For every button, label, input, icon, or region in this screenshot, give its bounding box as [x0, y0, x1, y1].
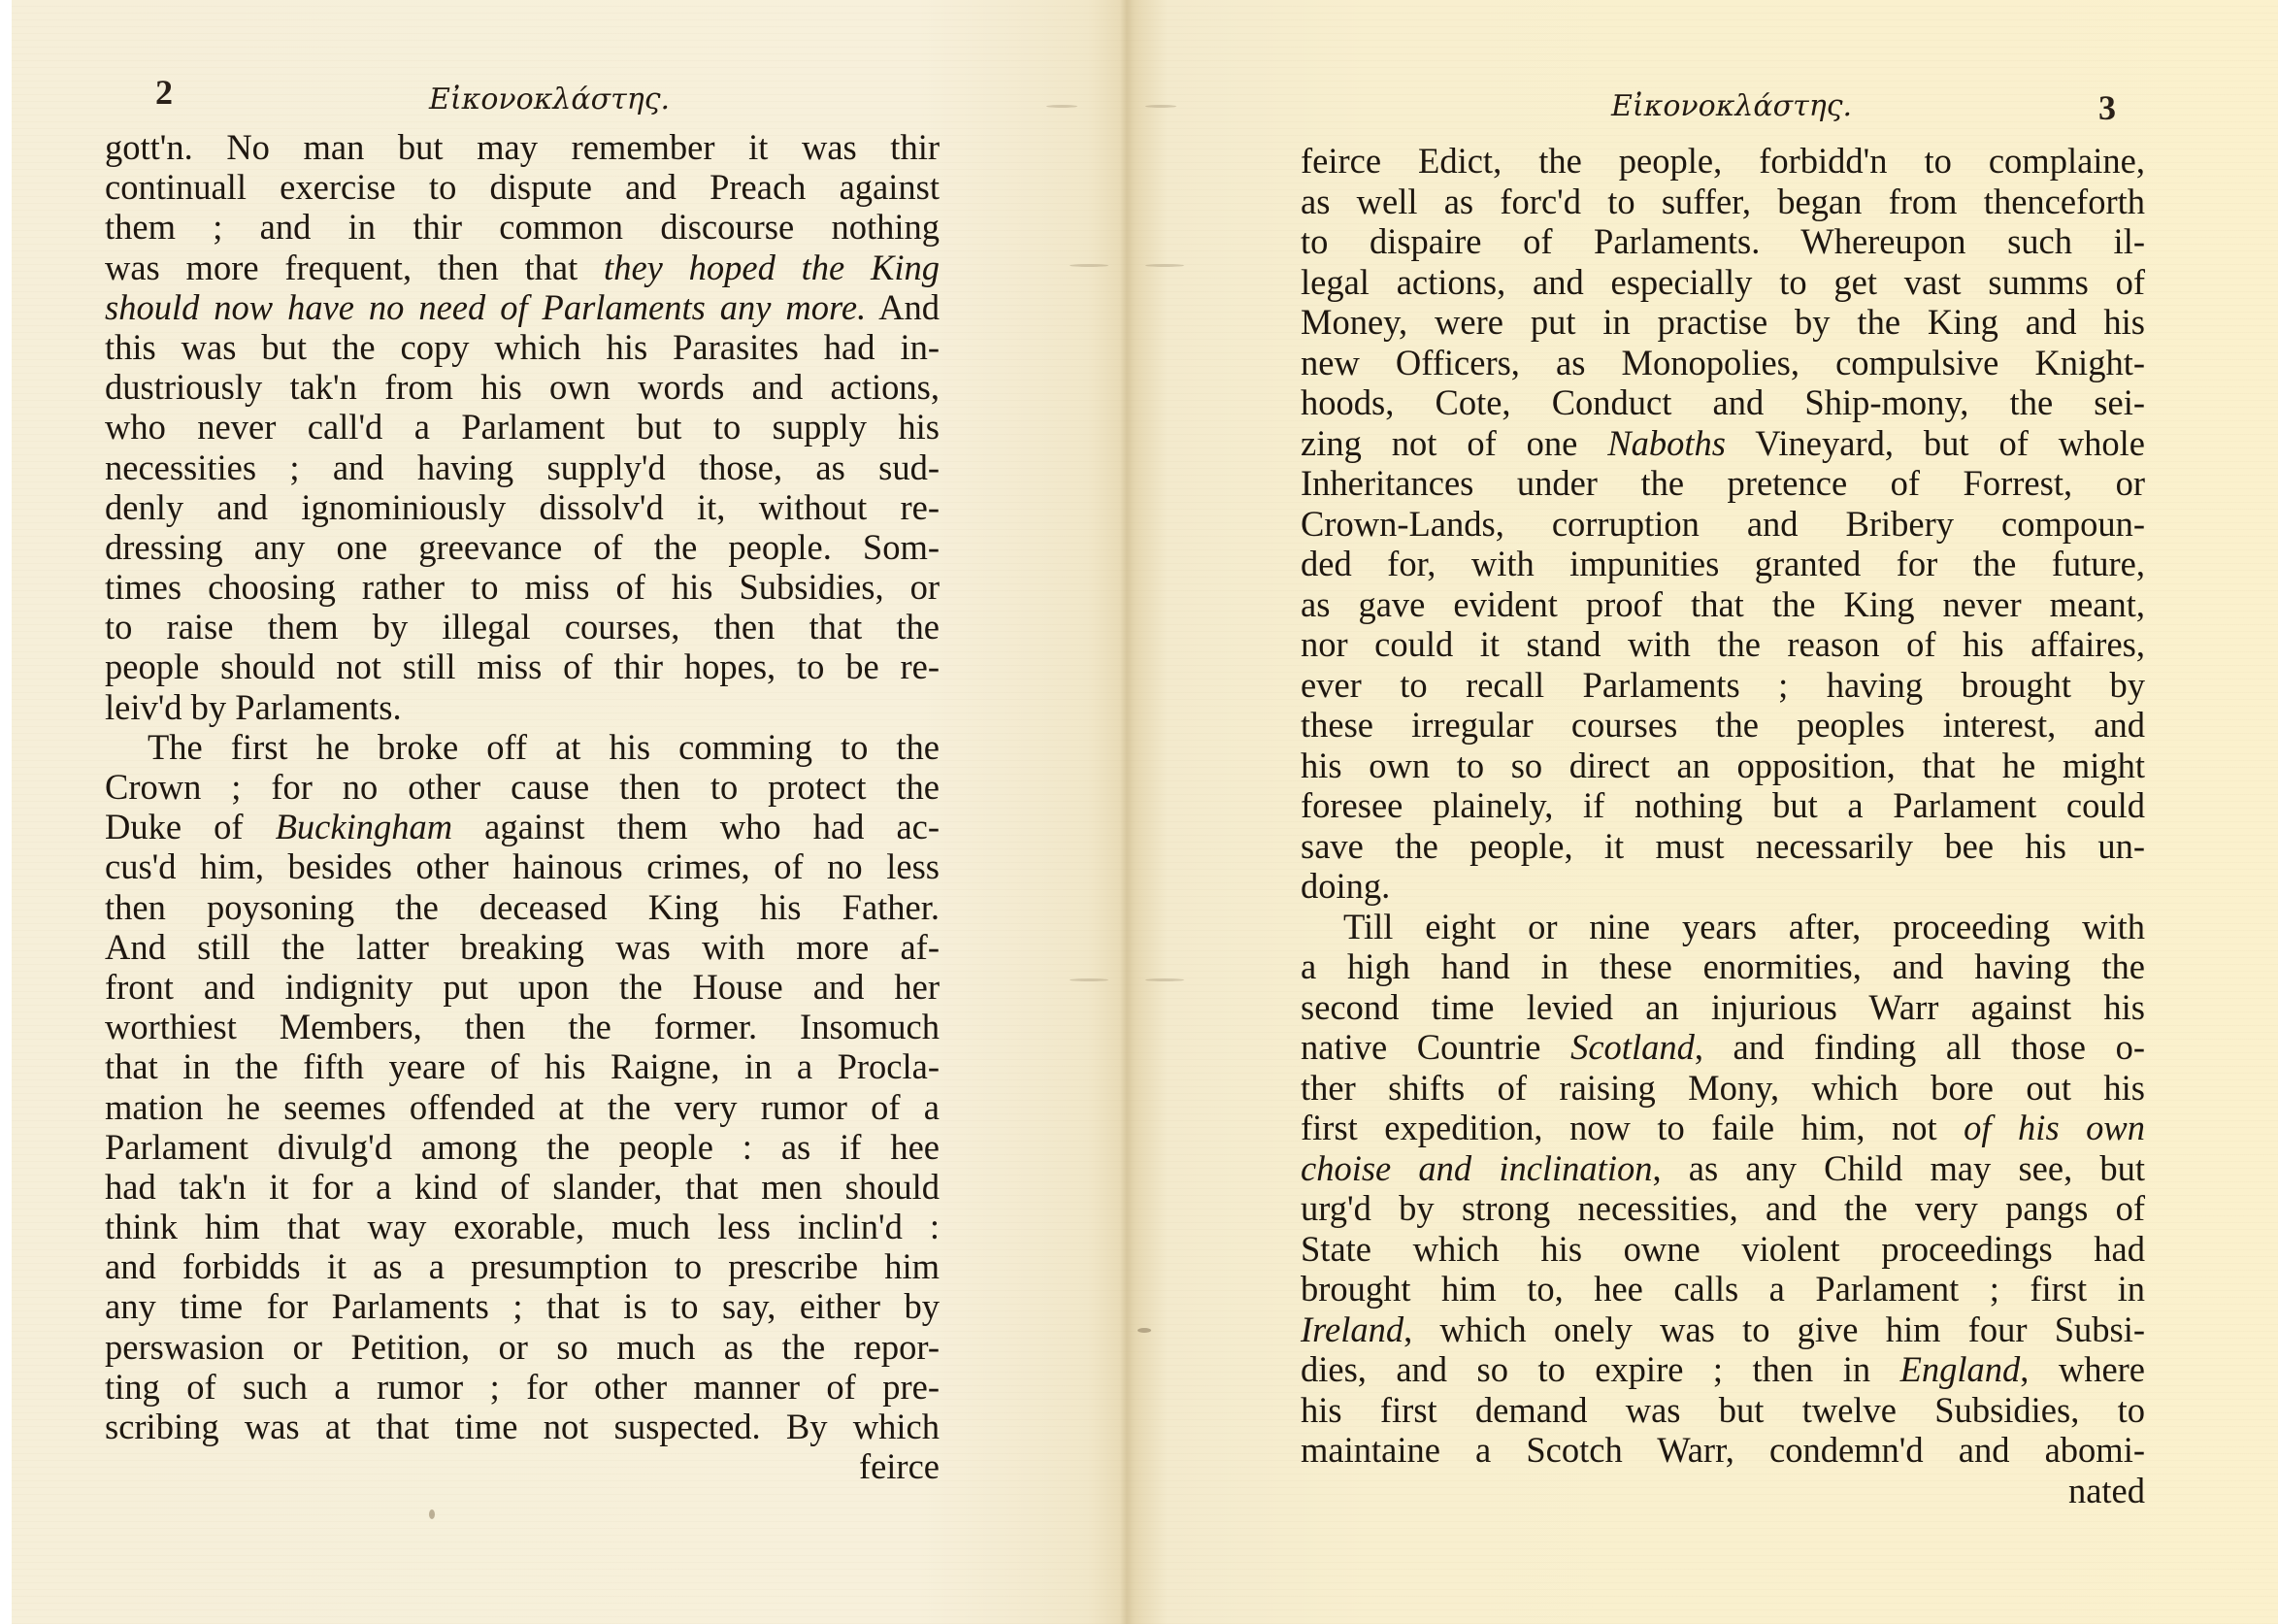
text-line: dustriously tak'n from his own words and…: [105, 367, 940, 407]
text-line: ded for, with impunities granted for the…: [1301, 544, 2145, 584]
text-line: leiv'd by Parlaments.: [105, 687, 940, 727]
text-line: this was but the copy which his Parasite…: [105, 327, 940, 367]
paper-speck: [1070, 978, 1108, 981]
text-line: to raise them by illegal courses, then t…: [105, 607, 940, 646]
paper-speck: [1070, 264, 1108, 267]
text-line: dressing any one greevance of the people…: [105, 527, 940, 567]
text-line: them ; and in thir common discourse noth…: [105, 207, 940, 247]
text-line: cus'd him, besides other hainous crimes,…: [105, 846, 940, 886]
text-line: front and indignity put upon the House a…: [105, 967, 940, 1007]
text-line: Duke of Buckingham against them who had …: [105, 807, 940, 846]
text-line: his first demand was but twelve Subsidie…: [1301, 1390, 2145, 1431]
paper-speck: [1145, 264, 1184, 267]
book-spread: 2 Εἰκονοκλάστης. gott'n. No man but may …: [12, 0, 2278, 1624]
italic-text: should now have no need of Parlaments an…: [105, 287, 866, 327]
text-line: necessities ; and having supply'd those,…: [105, 447, 940, 487]
text-line: continuall exercise to dispute and Preac…: [105, 167, 940, 207]
text-line: legal actions, and especially to get vas…: [1301, 262, 2145, 303]
text-line: to dispaire of Parlaments. Whereupon suc…: [1301, 221, 2145, 262]
italic-text: England: [1900, 1349, 2021, 1389]
text-line: who never call'd a Parlament but to supp…: [105, 407, 940, 447]
text-line: as well as forc'd to suffer, began from …: [1301, 182, 2145, 222]
text-line: mation he seemes offended at the very ru…: [105, 1087, 940, 1127]
text-line: and forbidds it as a presumption to pres…: [105, 1246, 940, 1286]
left-page-text: gott'n. No man but may remember it was t…: [105, 127, 940, 1486]
text-line: dies, and so to expire ; then in England…: [1301, 1349, 2145, 1390]
text-line: new Officers, as Monopolies, compulsive …: [1301, 343, 2145, 383]
text-line: Money, were put in practise by the King …: [1301, 302, 2145, 343]
italic-text: of his own: [1964, 1108, 2145, 1147]
text-line: foresee plainely, if nothing but a Parla…: [1301, 785, 2145, 826]
text-line: Crown-Lands, corruption and Bribery comp…: [1301, 504, 2145, 545]
text-line: And still the latter breaking was with m…: [105, 927, 940, 967]
italic-text: they hoped the King: [604, 248, 940, 287]
text-line: Till eight or nine years after, proceedi…: [1301, 907, 2145, 947]
text-line: then poysoning the deceased King his Fat…: [105, 887, 940, 927]
text-line: perswasion or Petition, or so much as th…: [105, 1327, 940, 1367]
text-line: worthiest Members, then the former. Inso…: [105, 1007, 940, 1046]
page-number-left: 2: [155, 72, 173, 113]
text-line: second time levied an injurious Warr aga…: [1301, 987, 2145, 1028]
text-line: The first he broke off at his comming to…: [105, 727, 940, 767]
text-line: feirce Edict, the people, forbidd'n to c…: [1301, 141, 2145, 182]
text-line: Crown ; for no other cause then to prote…: [105, 767, 940, 807]
text-line: times choosing rather to miss of his Sub…: [105, 567, 940, 607]
text-line: State which his owne violent proceedings…: [1301, 1229, 2145, 1270]
italic-text: choise and inclination: [1301, 1148, 1652, 1188]
text-line: native Countrie Scotland, and finding al…: [1301, 1027, 2145, 1068]
text-line: brought him to, hee calls a Parlament ; …: [1301, 1269, 2145, 1309]
text-line: Ireland, which onely was to give him fou…: [1301, 1309, 2145, 1350]
text-line: Inheritances under the pretence of Forre…: [1301, 463, 2145, 504]
text-line: think him that way exorable, much less i…: [105, 1207, 940, 1246]
text-line: nor could it stand with the reason of hi…: [1301, 624, 2145, 665]
right-page: Εἰκονοκλάστης. 3 feirce Edict, the peopl…: [1116, 0, 2278, 1624]
text-line: zing not of one Naboths Vineyard, but of…: [1301, 423, 2145, 464]
paper-speck: [1138, 1328, 1151, 1333]
text-line: ever to recall Parlaments ; having broug…: [1301, 665, 2145, 706]
left-page: 2 Εἰκονοκλάστης. gott'n. No man but may …: [12, 0, 1116, 1624]
italic-text: Ireland: [1301, 1309, 1403, 1349]
text-line: denly and ignominiously dissolv'd it, wi…: [105, 487, 940, 527]
paper-speck: [1145, 105, 1176, 108]
text-line: doing.: [1301, 866, 2145, 907]
text-line: had tak'n it for a kind of slander, that…: [105, 1167, 940, 1207]
catchword: feirce: [105, 1446, 940, 1486]
text-line: Parlament divulg'd among the people : as…: [105, 1127, 940, 1167]
text-line: should now have no need of Parlaments an…: [105, 287, 940, 327]
text-line: urg'd by strong necessities, and the ver…: [1301, 1188, 2145, 1229]
page-number-right: 3: [2098, 87, 2116, 128]
text-line: save the people, it must necessarily bee…: [1301, 826, 2145, 867]
text-line: scribing was at that time not suspected.…: [105, 1407, 940, 1446]
running-head-right: Εἰκονοκλάστης.: [1611, 89, 1852, 123]
text-line: a high hand in these enormities, and hav…: [1301, 946, 2145, 987]
italic-text: Naboths: [1607, 423, 1726, 463]
text-line: as gave evident proof that the King neve…: [1301, 584, 2145, 625]
paper-speck: [1145, 978, 1184, 981]
text-line: was more frequent, then that they hoped …: [105, 248, 940, 287]
text-line: these irregular courses the peoples inte…: [1301, 705, 2145, 746]
text-line: hoods, Cote, Conduct and Ship-mony, the …: [1301, 382, 2145, 423]
paper-speck: [429, 1509, 435, 1519]
text-line: maintaine a Scotch Warr, condemn'd and a…: [1301, 1430, 2145, 1471]
italic-text: Buckingham: [276, 807, 452, 846]
italic-text: Scotland: [1570, 1027, 1695, 1067]
right-page-text: feirce Edict, the people, forbidd'n to c…: [1301, 141, 2145, 1510]
text-line: people should not still miss of thir hop…: [105, 646, 940, 686]
catchword: nated: [1301, 1471, 2145, 1511]
text-line: gott'n. No man but may remember it was t…: [105, 127, 940, 167]
text-line: choise and inclination, as any Child may…: [1301, 1148, 2145, 1189]
paper-speck: [1046, 105, 1077, 108]
text-line: his own to so direct an opposition, that…: [1301, 746, 2145, 786]
text-line: ting of such a rumor ; for other manner …: [105, 1367, 940, 1407]
text-line: any time for Parlaments ; that is to say…: [105, 1286, 940, 1326]
text-line: ther shifts of raising Mony, which bore …: [1301, 1068, 2145, 1109]
text-line: that in the fifth yeare of his Raigne, i…: [105, 1046, 940, 1086]
text-line: first expedition, now to faile him, not …: [1301, 1108, 2145, 1148]
running-head-left: Εἰκονοκλάστης.: [429, 83, 670, 116]
